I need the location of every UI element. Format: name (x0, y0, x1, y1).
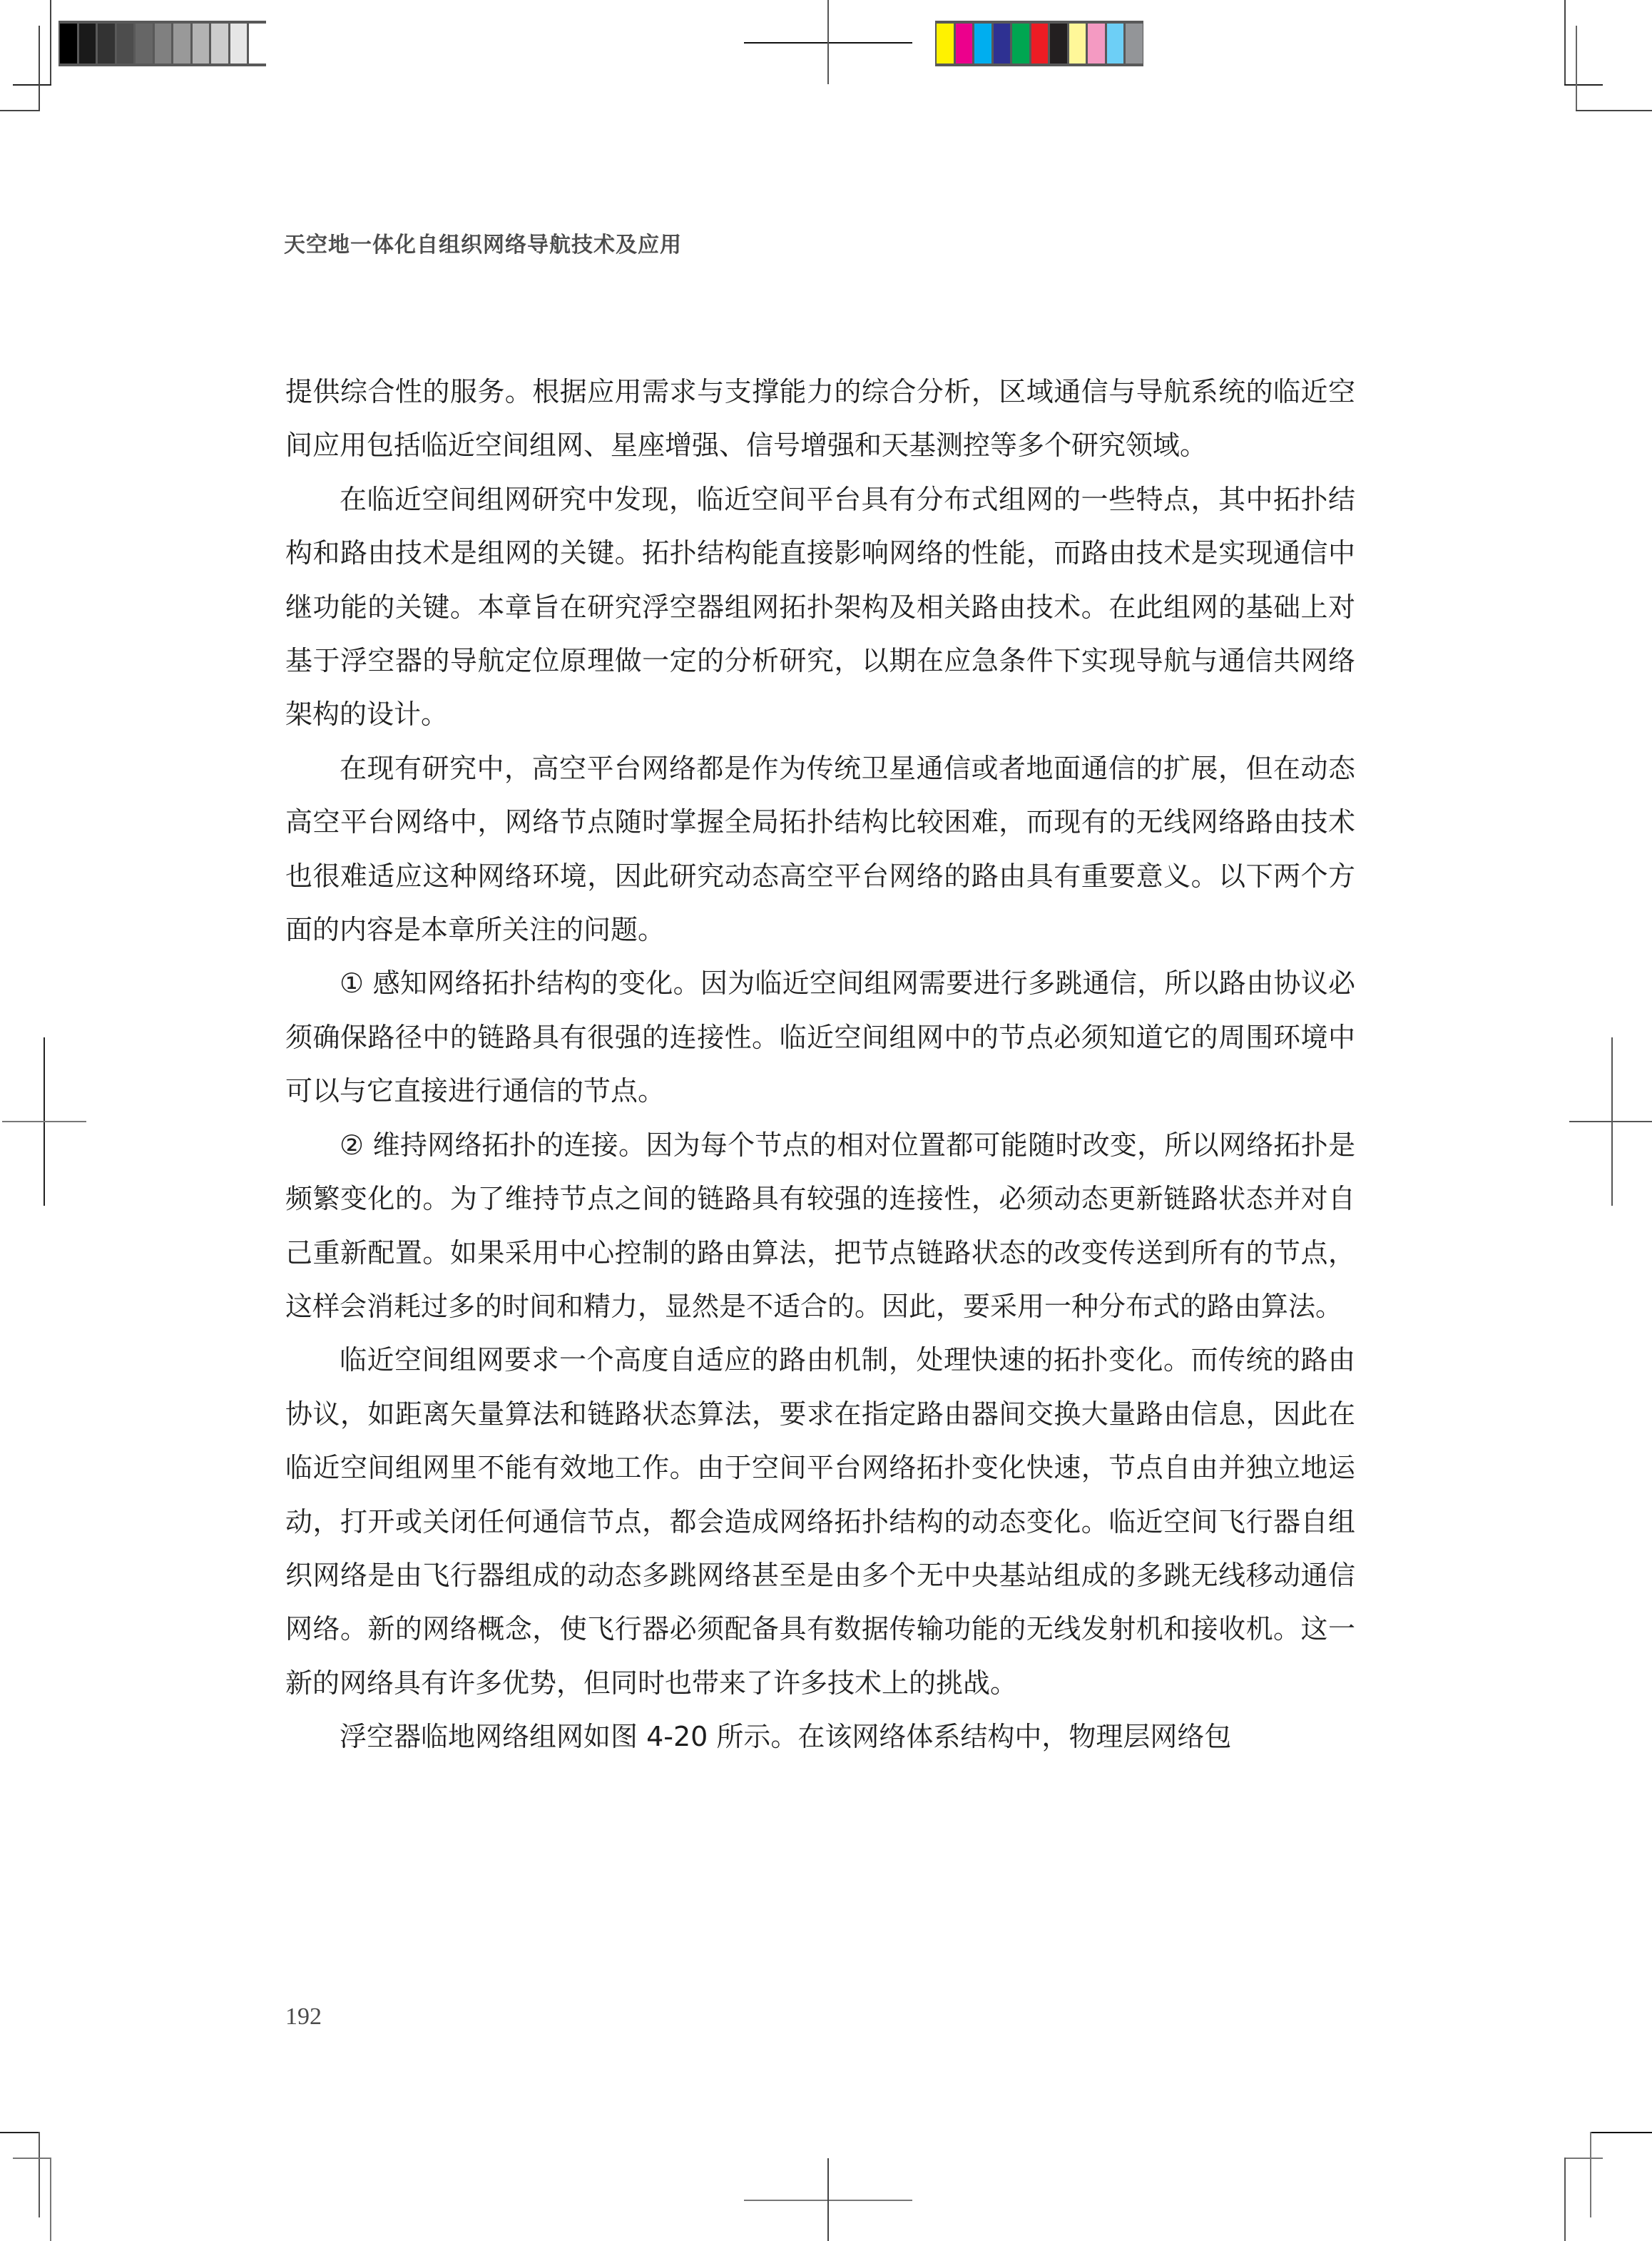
paragraph: 在现有研究中，高空平台网络都是作为传统卫星通信或者地面通信的扩展，但在动态高空平… (285, 742, 1355, 957)
crop-mark-line (1576, 110, 1652, 111)
gray-swatch (249, 24, 266, 63)
crop-mark-line (2, 1121, 86, 1122)
page-number: 192 (285, 2003, 322, 2031)
crop-mark-line (0, 110, 39, 111)
color-swatch (937, 24, 954, 63)
gray-swatch (155, 24, 172, 63)
color-swatch (1069, 24, 1086, 63)
crop-mark-line (1564, 84, 1603, 86)
crop-mark-line (50, 0, 51, 84)
color-swatch (1088, 24, 1105, 63)
crop-mark-line (1576, 26, 1577, 111)
gray-swatch (98, 24, 115, 63)
gray-swatch (193, 24, 210, 63)
crop-mark-line (13, 2158, 51, 2159)
crop-mark-line (13, 84, 51, 86)
color-swatch (1012, 24, 1029, 63)
crop-mark-line (827, 0, 829, 84)
gray-swatch (60, 24, 77, 63)
paragraph: 临近空间组网要求一个高度自适应的路由机制，处理快速的拓扑变化。而传统的路由协议，… (285, 1333, 1355, 1710)
gray-swatch (79, 24, 96, 63)
gray-swatch (136, 24, 153, 63)
color-calibration-strip (935, 21, 1143, 66)
paragraph: 浮空器临地网络组网如图 4-20 所示。在该网络体系结构中，物理层网络包 (285, 1710, 1355, 1764)
crop-mark-line (39, 26, 40, 111)
gray-swatch (230, 24, 248, 63)
color-swatch (1107, 24, 1124, 63)
paragraph-list-item-2: ② 维持网络拓扑的连接。因为每个节点的相对位置都可能随时改变，所以网络拓扑是频繁… (285, 1119, 1355, 1334)
running-head-title: 天空地一体化自组织网络导航技术及应用 (284, 227, 682, 258)
color-swatch (974, 24, 991, 63)
crop-mark-line (1590, 2132, 1652, 2133)
paragraph: 提供综合性的服务。根据应用需求与支撑能力的综合分析，区域通信与导航系统的临近空间… (285, 365, 1355, 473)
color-swatch (994, 24, 1011, 63)
color-swatch (1050, 24, 1067, 63)
gray-swatch (173, 24, 190, 63)
crop-mark-line (1569, 1121, 1652, 1122)
crop-mark-line (39, 2132, 40, 2217)
crop-mark-line (1564, 2158, 1566, 2241)
crop-mark-line (1564, 0, 1566, 84)
paragraph-list-item-1: ① 感知网络拓扑结构的变化。因为临近空间组网需要进行多跳通信，所以路由协议必须确… (285, 957, 1355, 1118)
gray-swatch (211, 24, 228, 63)
crop-mark-line (827, 2158, 829, 2241)
color-swatch (1031, 24, 1049, 63)
crop-mark-line (0, 2132, 39, 2133)
color-swatch (956, 24, 973, 63)
crop-mark-line (1590, 2132, 1591, 2217)
gray-swatch (117, 24, 134, 63)
body-text: 提供综合性的服务。根据应用需求与支撑能力的综合分析，区域通信与导航系统的临近空间… (285, 365, 1355, 1764)
crop-mark-line (50, 2158, 51, 2241)
crop-mark-line (1564, 2158, 1603, 2159)
grayscale-calibration-strip (58, 21, 266, 66)
color-swatch (1126, 24, 1143, 63)
paragraph: 在临近空间组网研究中发现，临近空间平台具有分布式组网的一些特点，其中拓扑结构和路… (285, 473, 1355, 742)
